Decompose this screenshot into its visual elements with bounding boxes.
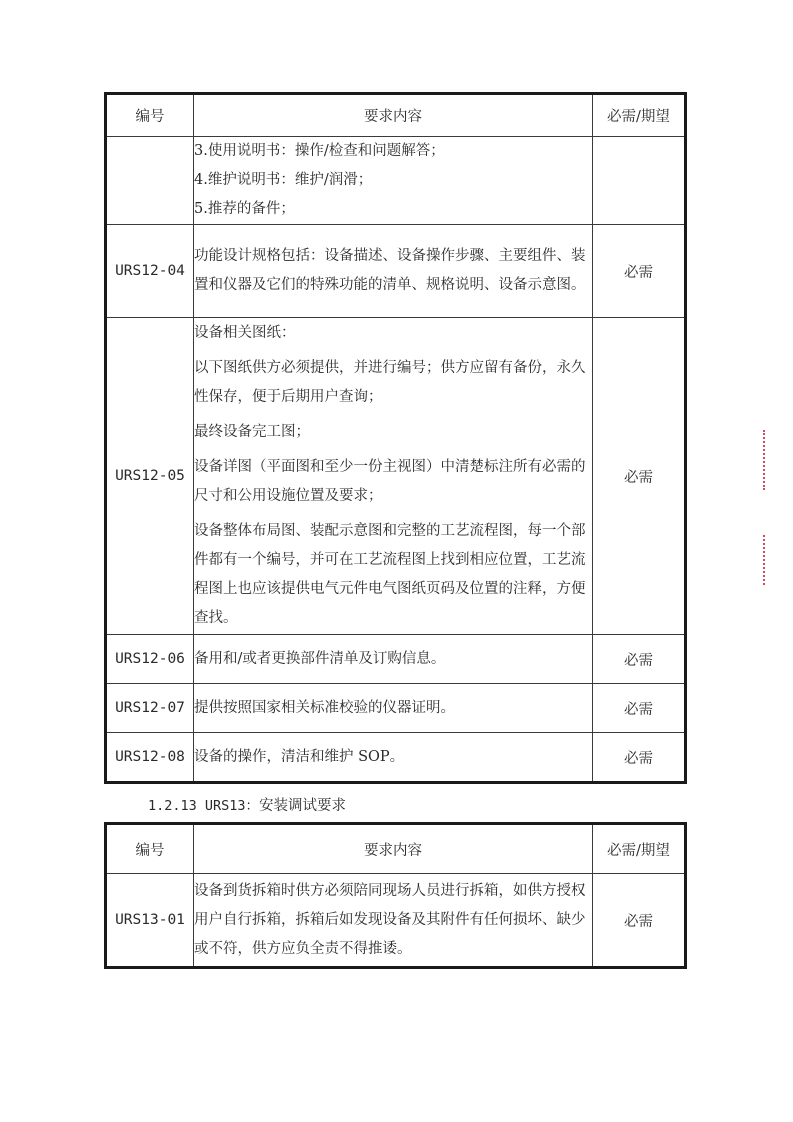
row-requirement: 必需	[593, 733, 686, 783]
row-id: URS12-04	[106, 225, 194, 318]
seal-stamp-fragment	[755, 430, 765, 490]
content-line: 3.使用说明书：操作/检查和问题解答；	[194, 137, 592, 166]
content-paragraph: 设备整体布局图、装配示意图和完整的工艺流程图，每一个部件都有一个编号，并可在工艺…	[194, 517, 592, 633]
row-requirement: 必需	[593, 684, 686, 733]
row-id: URS12-08	[106, 733, 194, 783]
row-content: 功能设计规格包括：设备描述、设备操作步骤、主要组件、装置和仪器及它们的特殊功能的…	[194, 225, 593, 318]
table-header-row: 编号 要求内容 必需/期望	[106, 824, 686, 874]
table-row: URS12-05 设备相关图纸： 以下图纸供方必须提供，并进行编号；供方应留有备…	[106, 318, 686, 635]
seal-stamp-fragment	[755, 535, 765, 585]
row-content: 设备相关图纸： 以下图纸供方必须提供，并进行编号；供方应留有备份，永久性保存，便…	[194, 318, 593, 635]
row-content: 3.使用说明书：操作/检查和问题解答； 4.维护说明书：维护/润滑； 5.推荐的…	[194, 137, 593, 225]
row-content: 提供按照国家相关标准校验的仪器证明。	[194, 684, 593, 733]
table-header-row: 编号 要求内容 必需/期望	[106, 94, 686, 137]
table-row: 3.使用说明书：操作/检查和问题解答； 4.维护说明书：维护/润滑； 5.推荐的…	[106, 137, 686, 225]
content-paragraph: 以下图纸供方必须提供，并进行编号；供方应留有备份，永久性保存，便于后期用户查询；	[194, 354, 592, 412]
row-id: URS12-05	[106, 318, 194, 635]
table-row: URS12-06 备用和/或者更换部件清单及订购信息。 必需	[106, 635, 686, 684]
requirements-table-urs12: 编号 要求内容 必需/期望 3.使用说明书：操作/检查和问题解答； 4.维护说明…	[104, 92, 687, 784]
table-row: URS12-08 设备的操作，清洁和维护 SOP。 必需	[106, 733, 686, 783]
content-paragraph: 设备相关图纸：	[194, 319, 592, 348]
row-id: URS12-07	[106, 684, 194, 733]
header-requirement: 必需/期望	[593, 824, 686, 874]
row-requirement: 必需	[593, 635, 686, 684]
header-id: 编号	[106, 94, 194, 137]
row-requirement	[593, 137, 686, 225]
section-number: 1.2.13 URS13：	[148, 798, 259, 814]
table-row: URS13-01 设备到货拆箱时供方必须陪同现场人员进行拆箱，如供方授权用户自行…	[106, 874, 686, 968]
row-content: 备用和/或者更换部件清单及订购信息。	[194, 635, 593, 684]
row-requirement: 必需	[593, 318, 686, 635]
section-title: 安装调试要求	[259, 798, 346, 814]
row-id: URS12-06	[106, 635, 194, 684]
row-content: 设备到货拆箱时供方必须陪同现场人员进行拆箱，如供方授权用户自行拆箱，拆箱后如发现…	[194, 874, 593, 968]
content-line: 提供按照国家相关标准校验的仪器证明。	[194, 694, 592, 723]
section-heading: 1.2.13 URS13：安装调试要求	[148, 794, 346, 815]
header-content: 要求内容	[194, 824, 593, 874]
requirements-table-urs13: 编号 要求内容 必需/期望 URS13-01 设备到货拆箱时供方必须陪同现场人员…	[104, 822, 687, 969]
content-line: 5.推荐的备件；	[194, 195, 592, 224]
row-id	[106, 137, 194, 225]
content-line: 设备到货拆箱时供方必须陪同现场人员进行拆箱，如供方授权用户自行拆箱，拆箱后如发现…	[194, 877, 592, 964]
row-requirement: 必需	[593, 225, 686, 318]
table-row: URS12-04 功能设计规格包括：设备描述、设备操作步骤、主要组件、装置和仪器…	[106, 225, 686, 318]
content-paragraph: 最终设备完工图；	[194, 418, 592, 447]
row-content: 设备的操作，清洁和维护 SOP。	[194, 733, 593, 783]
header-content: 要求内容	[194, 94, 593, 137]
header-requirement: 必需/期望	[593, 94, 686, 137]
content-line: 4.维护说明书：维护/润滑；	[194, 166, 592, 195]
table-row: URS12-07 提供按照国家相关标准校验的仪器证明。 必需	[106, 684, 686, 733]
row-requirement: 必需	[593, 874, 686, 968]
content-paragraph: 设备详图（平面图和至少一份主视图）中清楚标注所有必需的尺寸和公用设施位置及要求；	[194, 453, 592, 511]
row-id: URS13-01	[106, 874, 194, 968]
content-line: 功能设计规格包括：设备描述、设备操作步骤、主要组件、装置和仪器及它们的特殊功能的…	[194, 242, 592, 300]
content-line: 设备的操作，清洁和维护 SOP。	[194, 743, 592, 772]
header-id: 编号	[106, 824, 194, 874]
content-line: 备用和/或者更换部件清单及订购信息。	[194, 645, 592, 674]
